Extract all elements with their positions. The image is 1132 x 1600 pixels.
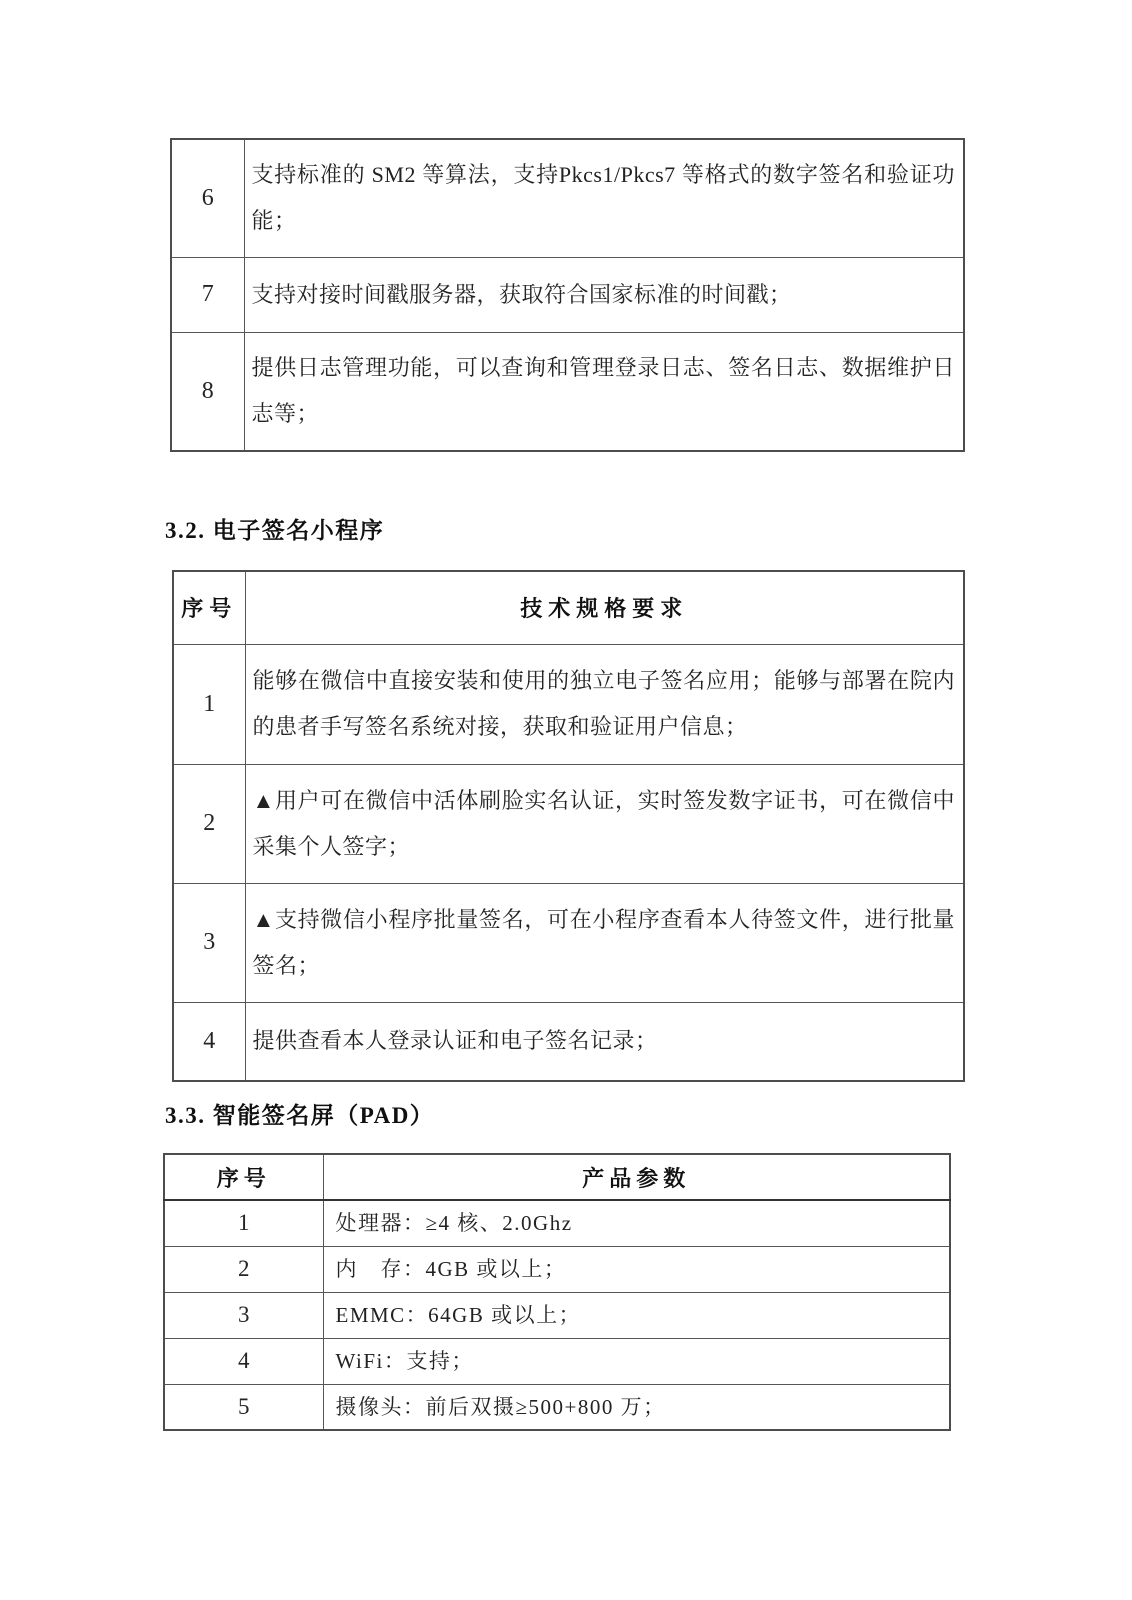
row-spec-cell: 摄像头：前后双摄≥500+800 万；	[323, 1384, 950, 1430]
row-number-cell: 4	[173, 1002, 245, 1081]
row-number-cell: 2	[164, 1246, 323, 1292]
miniprogram-spec-table: 序号 技术规格要求 1 能够在微信中直接安装和使用的独立电子签名应用；能够与部署…	[172, 570, 965, 1082]
row-spec-cell: 支持标准的 SM2 等算法，支持Pkcs1/Pkcs7 等格式的数字签名和验证功…	[244, 139, 964, 257]
row-spec-cell: 处理器：≥4 核、2.0Ghz	[323, 1200, 950, 1246]
row-number-cell: 2	[173, 764, 245, 883]
row-number-cell: 3	[164, 1292, 323, 1338]
table-row: 4 提供查看本人登录认证和电子签名记录；	[173, 1002, 964, 1081]
row-number-cell: 7	[171, 257, 244, 332]
row-number-cell: 5	[164, 1384, 323, 1430]
table-row: 1 处理器：≥4 核、2.0Ghz	[164, 1200, 950, 1246]
column-header-spec: 产品参数	[323, 1154, 950, 1200]
table-row: 2 ▲用户可在微信中活体刷脸实名认证，实时签发数字证书，可在微信中采集个人签字；	[173, 764, 964, 883]
table-row: 1 能够在微信中直接安装和使用的独立电子签名应用；能够与部署在院内的患者手写签名…	[173, 644, 964, 764]
row-spec-cell: 支持对接时间戳服务器，获取符合国家标准的时间戳；	[244, 257, 964, 332]
row-number-cell: 4	[164, 1338, 323, 1384]
row-number-cell: 1	[164, 1200, 323, 1246]
column-header-no: 序号	[164, 1154, 323, 1200]
row-spec-cell: 内 存：4GB 或以上；	[323, 1246, 950, 1292]
table-row: 4 WiFi：支持；	[164, 1338, 950, 1384]
table-header-row: 序号 产品参数	[164, 1154, 950, 1200]
table-row: 6 支持标准的 SM2 等算法，支持Pkcs1/Pkcs7 等格式的数字签名和验…	[171, 139, 964, 257]
table-row: 8 提供日志管理功能，可以查询和管理登录日志、签名日志、数据维护日志等；	[171, 332, 964, 451]
row-number-cell: 3	[173, 883, 245, 1002]
row-number-cell: 6	[171, 139, 244, 257]
row-spec-cell: ▲支持微信小程序批量签名，可在小程序查看本人待签文件，进行批量签名；	[245, 883, 964, 1002]
table-row: 5 摄像头：前后双摄≥500+800 万；	[164, 1384, 950, 1430]
table-header-row: 序号 技术规格要求	[173, 571, 964, 644]
table-row: 7 支持对接时间戳服务器，获取符合国家标准的时间戳；	[171, 257, 964, 332]
table-row: 3 ▲支持微信小程序批量签名，可在小程序查看本人待签文件，进行批量签名；	[173, 883, 964, 1002]
row-number-cell: 1	[173, 644, 245, 764]
row-spec-cell: 提供查看本人登录认证和电子签名记录；	[245, 1002, 964, 1081]
section-heading-3-2: 3.2. 电子签名小程序	[165, 517, 384, 545]
column-header-no: 序号	[173, 571, 245, 644]
row-spec-cell: ▲用户可在微信中活体刷脸实名认证，实时签发数字证书，可在微信中采集个人签字；	[245, 764, 964, 883]
section-heading-3-3: 3.3. 智能签名屏（PAD）	[165, 1102, 434, 1130]
signature-system-spec-table: 6 支持标准的 SM2 等算法，支持Pkcs1/Pkcs7 等格式的数字签名和验…	[170, 138, 965, 452]
row-spec-cell: EMMC：64GB 或以上；	[323, 1292, 950, 1338]
table-row: 2 内 存：4GB 或以上；	[164, 1246, 950, 1292]
row-spec-cell: 提供日志管理功能，可以查询和管理登录日志、签名日志、数据维护日志等；	[244, 332, 964, 451]
column-header-spec: 技术规格要求	[245, 571, 964, 644]
pad-parameter-table: 序号 产品参数 1 处理器：≥4 核、2.0Ghz 2 内 存：4GB 或以上；…	[163, 1153, 951, 1431]
row-number-cell: 8	[171, 332, 244, 451]
row-spec-cell: 能够在微信中直接安装和使用的独立电子签名应用；能够与部署在院内的患者手写签名系统…	[245, 644, 964, 764]
table-row: 3 EMMC：64GB 或以上；	[164, 1292, 950, 1338]
row-spec-cell: WiFi：支持；	[323, 1338, 950, 1384]
document-page: 6 支持标准的 SM2 等算法，支持Pkcs1/Pkcs7 等格式的数字签名和验…	[0, 0, 1132, 1600]
